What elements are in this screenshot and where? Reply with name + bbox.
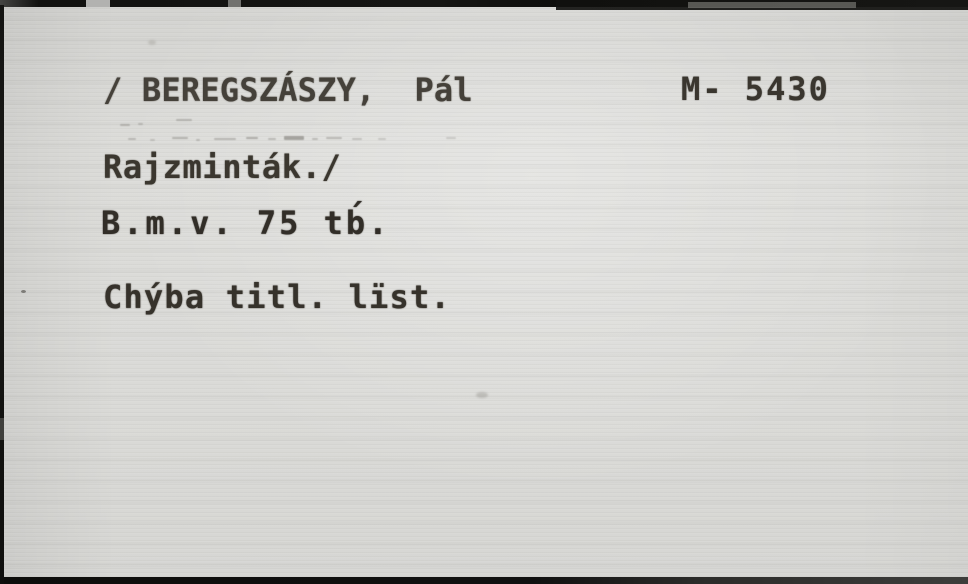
ink-speck bbox=[21, 290, 26, 293]
call-number: M- 5430 bbox=[681, 73, 830, 105]
catalog-card-scan: / BEREGSZÁSZY, Pál M- 5430 Rajzminták./ … bbox=[0, 0, 968, 584]
top-edge-notch bbox=[688, 2, 856, 8]
collation-line: B.m.v. 75 tb́. bbox=[101, 207, 390, 239]
top-edge-notch bbox=[86, 0, 110, 8]
left-edge-gap bbox=[0, 418, 4, 440]
note-line: Chýba titl. lïst. bbox=[103, 281, 451, 313]
top-edge-notch bbox=[228, 0, 241, 8]
paper-smudge bbox=[476, 392, 488, 398]
paper-smudge bbox=[148, 40, 156, 45]
left-edge-shadow bbox=[0, 5, 4, 584]
bottom-edge-shadow bbox=[0, 577, 968, 584]
author-heading: / BEREGSZÁSZY, Pál bbox=[103, 74, 473, 106]
title-line: Rajzminták./ bbox=[103, 151, 341, 183]
